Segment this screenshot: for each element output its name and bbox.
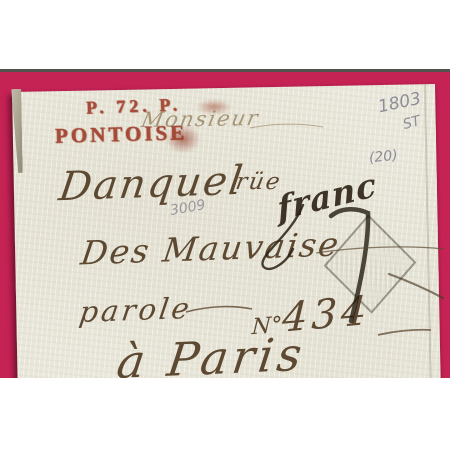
addressee-name: Danquel — [56, 158, 247, 210]
paper-crease-line — [424, 84, 432, 378]
manuscript-salutation: Monsieur — [139, 106, 261, 132]
photo-frame: P. 72. P. PONTOISE Monsieur 1803 ST (20)… — [0, 69, 450, 378]
pencil-circled-number: (20) — [368, 148, 398, 167]
photo-top-edge — [0, 69, 450, 72]
parole-word: parole — [77, 291, 194, 329]
city-line: à Paris — [114, 327, 309, 378]
